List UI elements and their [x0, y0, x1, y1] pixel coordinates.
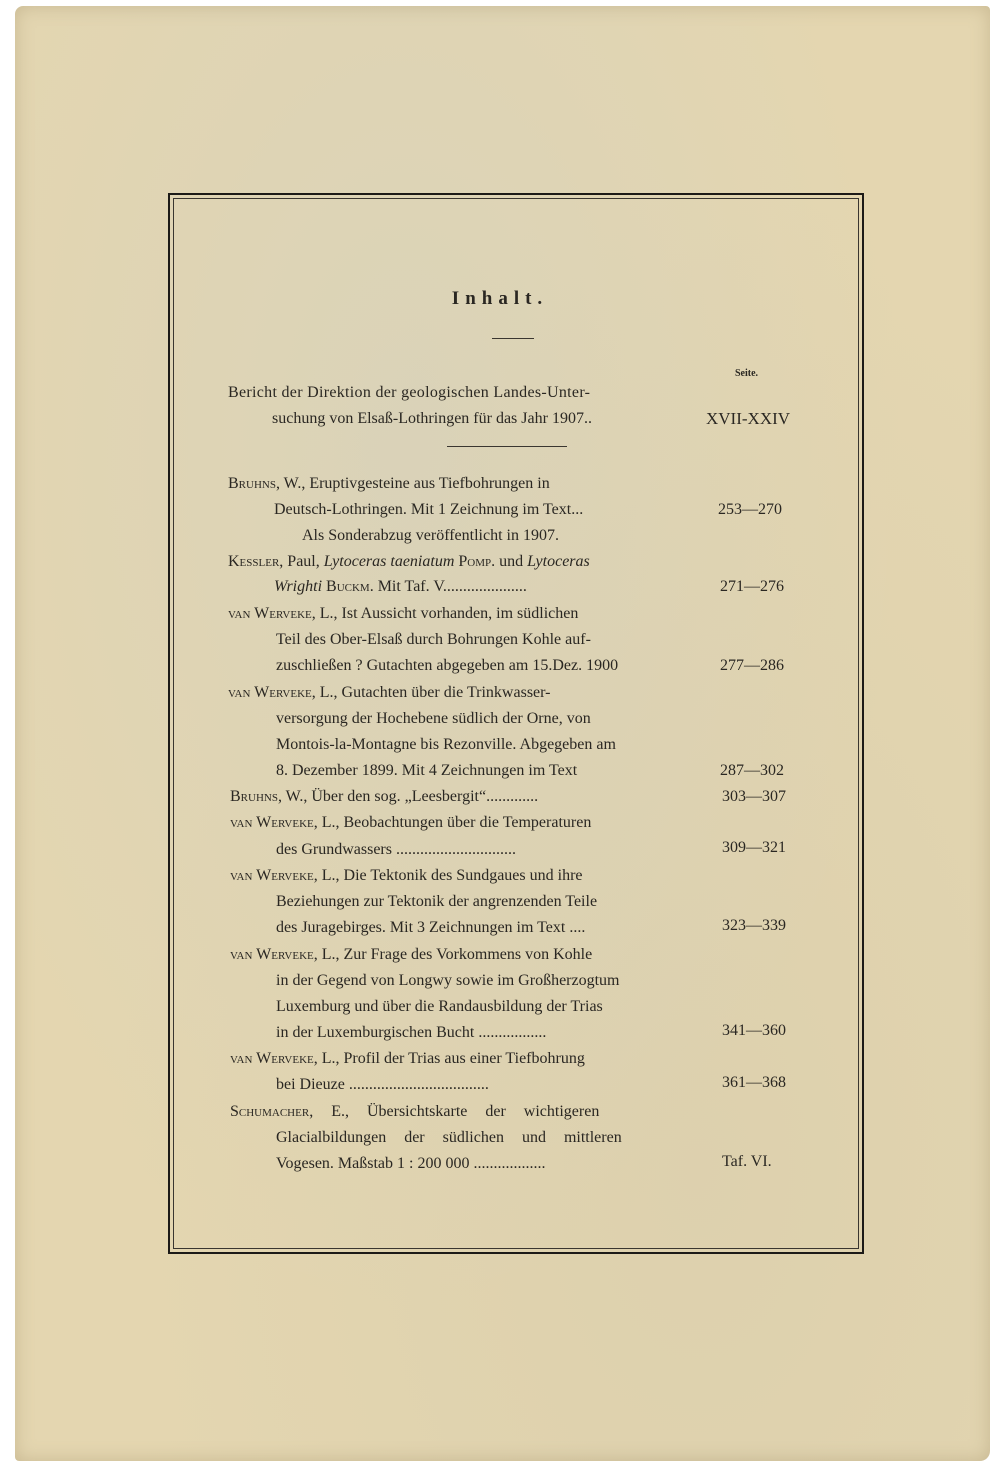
entry-pages: 271—276 — [720, 577, 784, 597]
entry-author: van Werveke — [230, 867, 314, 884]
entry-line-2: Glacialbildungen der südlichen und mittl… — [276, 1128, 622, 1148]
entry-author: Schumacher — [230, 1103, 309, 1120]
entry-line-2: Wrighti Buckm. Mit Taf. V...............… — [274, 577, 527, 597]
entry-text: , Paul, — [279, 553, 323, 570]
entry-note: Als Sonderabzug veröffentlicht in 1907. — [302, 526, 559, 546]
entry-pages: 303—307 — [722, 787, 786, 807]
entry-author: van Werveke — [230, 946, 314, 963]
entry-title: , L., Gutachten über die Trinkwasser- — [312, 684, 551, 701]
entry-line-1: Bruhns, W., Über den sog. „Leesbergit“..… — [230, 787, 538, 807]
species-author: Buckm. — [322, 578, 374, 595]
entry-line-2: Deutsch-Lothringen. Mit 1 Zeichnung im T… — [274, 500, 583, 520]
entry-text: Mit Taf. V..................... — [374, 578, 527, 595]
entry-pages: 341—360 — [722, 1021, 786, 1041]
entry-title: , L., Beobachtungen über die Temperature… — [314, 814, 592, 831]
entry-line-1: van Werveke, L., Beobachtungen über die … — [230, 813, 591, 833]
entry-line-4: 8. Dezember 1899. Mit 4 Zeichnungen im T… — [276, 761, 577, 781]
entry-line-1: Schumacher, E., Übersichtskarte der wich… — [230, 1102, 599, 1122]
entry-line-1: van Werveke, L., Profil der Trias aus ei… — [230, 1049, 585, 1069]
entry-line-1: Kessler, Paul, Lytoceras taeniatum Pomp.… — [228, 552, 590, 572]
entry-line-1: van Werveke, L., Ist Aussicht vorhanden,… — [228, 604, 578, 624]
entry-line-3: des Juragebirges. Mit 3 Zeichnungen im T… — [276, 918, 585, 938]
report-line-1: Bericht der Direktion der geologischen L… — [228, 383, 590, 403]
page-column-header: Seite. — [735, 368, 758, 379]
entry-author: van Werveke — [228, 684, 312, 701]
entry-line-1: Bruhns, W., Eruptivgesteine aus Tiefbohr… — [228, 474, 550, 494]
entry-line-2: des Grundwassers .......................… — [276, 840, 516, 860]
entry-line-2: Teil des Ober-Elsaß durch Bohrungen Kohl… — [276, 630, 591, 650]
report-pages: XVII-XXIV — [706, 409, 790, 429]
entry-pages: 309—321 — [722, 838, 786, 858]
entry-line-1: van Werveke, L., Gutachten über die Trin… — [228, 683, 550, 703]
entry-pages: Taf. VI. — [722, 1152, 772, 1172]
entry-text: und — [495, 553, 527, 570]
title-divider — [492, 338, 534, 339]
entry-author: Bruhns — [228, 475, 276, 492]
entry-line-3: Montois-la-Montagne bis Rezonville. Abge… — [276, 735, 616, 755]
entry-line-1: van Werveke, L., Zur Frage des Vorkommen… — [230, 945, 592, 965]
entry-author: van Werveke — [230, 814, 314, 831]
entry-author: van Werveke — [228, 605, 312, 622]
entry-line-1: van Werveke, L., Die Tektonik des Sundga… — [230, 866, 583, 886]
entry-line-3: zuschließen ? Gutachten abgegeben am 15.… — [276, 656, 618, 676]
entry-line-3: Luxemburg und über die Randausbildung de… — [276, 997, 603, 1017]
entry-line-3: Vogesen. Maßstab 1 : 200 000 ...........… — [276, 1154, 545, 1174]
entry-title: , L., Ist Aussicht vorhanden, im südlich… — [312, 605, 579, 622]
entry-title: , L., Zur Frage des Vorkommens von Kohle — [314, 946, 592, 963]
species-name: Lytoceras — [527, 553, 590, 570]
entry-line-4: in der Luxemburgischen Bucht ...........… — [276, 1023, 546, 1043]
entry-author: Bruhns — [230, 788, 278, 805]
page-title: Inhalt. — [0, 288, 1000, 310]
entry-pages: 287—302 — [720, 761, 784, 781]
entry-line-2: in der Gegend von Longwy sowie im Großhe… — [276, 971, 619, 991]
entry-pages: 361—368 — [722, 1073, 786, 1093]
entry-pages: 253—270 — [718, 500, 782, 520]
entry-line-2: Beziehungen zur Tektonik der angrenzende… — [276, 892, 597, 912]
species-name: Wrighti — [274, 578, 322, 595]
entry-title: , W., Über den sog. „Leesbergit“........… — [278, 788, 538, 805]
entry-line-2: versorgung der Hochebene südlich der Orn… — [276, 709, 591, 729]
entry-author: van Werveke — [230, 1050, 314, 1067]
section-divider — [447, 446, 567, 447]
species-author: Pomp. — [454, 553, 495, 570]
entry-title: , W., Eruptivgesteine aus Tiefbohrungen … — [276, 475, 550, 492]
entry-title: , E., Übersichtskarte der wichtigeren — [309, 1103, 599, 1120]
species-name: Lytoceras taeniatum — [324, 553, 455, 570]
entry-author: Kessler — [228, 553, 279, 570]
entry-title: , L., Profil der Trias aus einer Tiefboh… — [314, 1050, 585, 1067]
report-line-2: suchung von Elsaß-Lothringen für das Jah… — [272, 409, 592, 429]
entry-pages: 277—286 — [720, 656, 784, 676]
entry-pages: 323—339 — [722, 916, 786, 936]
entry-title: , L., Die Tektonik des Sundgaues und ihr… — [314, 867, 583, 884]
entry-line-2: bei Dieuze .............................… — [276, 1075, 489, 1095]
